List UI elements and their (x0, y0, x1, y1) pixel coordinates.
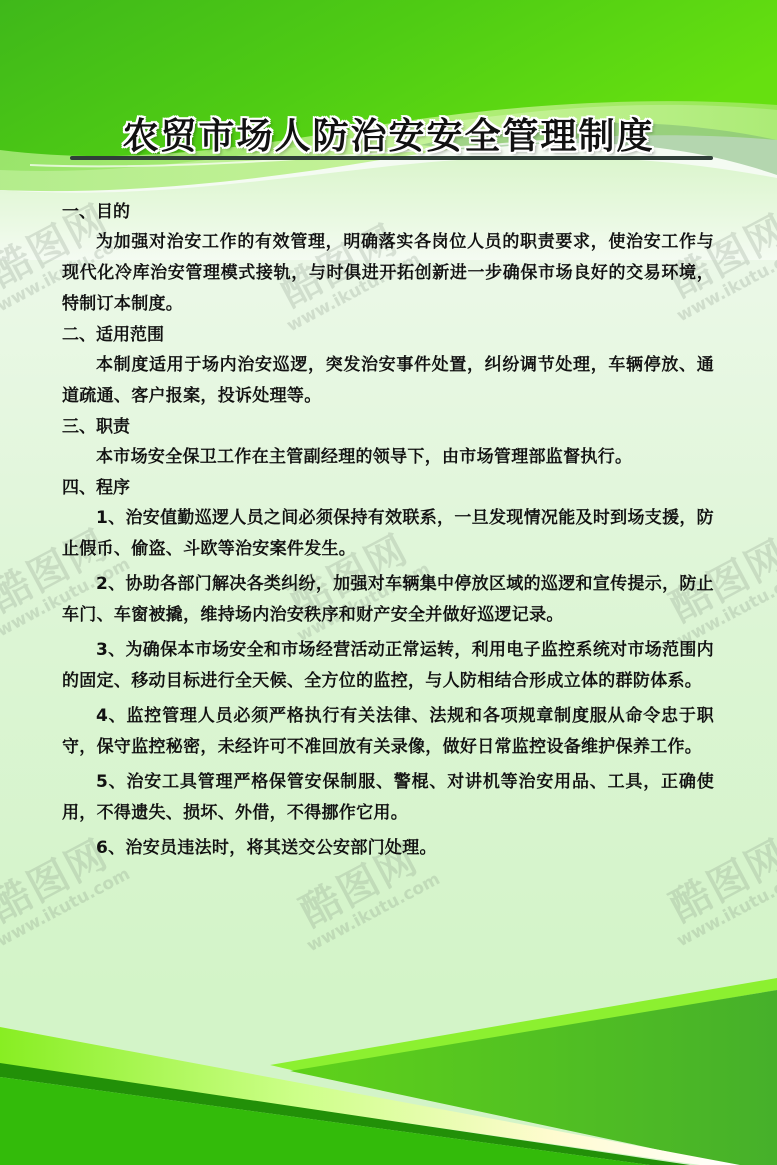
procedure-item: 2、协助各部门解决各类纠纷，加强对车辆集中停放区域的巡逻和宣传提示，防止车门、车… (62, 569, 714, 631)
paragraph: 本制度适用于场内治安巡逻，突发治安事件处置，纠纷调节处理，车辆停放、通道疏通、客… (62, 350, 714, 412)
section-heading: 二、适用范围 (62, 320, 714, 350)
section-purpose: 一、目的 为加强对治安工作的有效管理，明确落实各岗位人员的职责要求，使治安工作与… (62, 197, 714, 320)
title-divider (70, 156, 713, 160)
paragraph: 本市场安全保卫工作在主管副经理的领导下，由市场管理部监督执行。 (62, 442, 714, 473)
footer-background (0, 935, 777, 1165)
section-procedure: 四、程序 1、治安值勤巡逻人员之间必须保持有效联系，一旦发现情况能及时到场支援，… (62, 473, 714, 864)
section-duties: 三、职责 本市场安全保卫工作在主管副经理的领导下，由市场管理部监督执行。 (62, 412, 714, 473)
section-scope: 二、适用范围 本制度适用于场内治安巡逻，突发治安事件处置，纠纷调节处理，车辆停放… (62, 320, 714, 412)
document-body: 一、目的 为加强对治安工作的有效管理，明确落实各岗位人员的职责要求，使治安工作与… (62, 197, 714, 864)
procedure-item: 1、治安值勤巡逻人员之间必须保持有效联系，一旦发现情况能及时到场支援，防止假币、… (62, 503, 714, 565)
procedure-item: 4、监控管理人员必须严格执行有关法律、法规和各项规章制度服从命令忠于职守，保守监… (62, 701, 714, 763)
document-title: 农贸市场人防治安安全管理制度 (0, 108, 777, 159)
paragraph: 为加强对治安工作的有效管理，明确落实各岗位人员的职责要求，使治安工作与现代化冷库… (62, 227, 714, 320)
section-heading: 三、职责 (62, 412, 714, 442)
procedure-item: 5、治安工具管理严格保管安保制服、警棍、对讲机等治安用品、工具，正确使用，不得遗… (62, 767, 714, 829)
section-heading: 四、程序 (62, 473, 714, 503)
procedure-item: 6、治安员违法时，将其送交公安部门处理。 (62, 833, 714, 864)
section-heading: 一、目的 (62, 197, 714, 227)
procedure-item: 3、为确保本市场安全和市场经营活动正常运转，利用电子监控系统对市场范围内的固定、… (62, 635, 714, 697)
